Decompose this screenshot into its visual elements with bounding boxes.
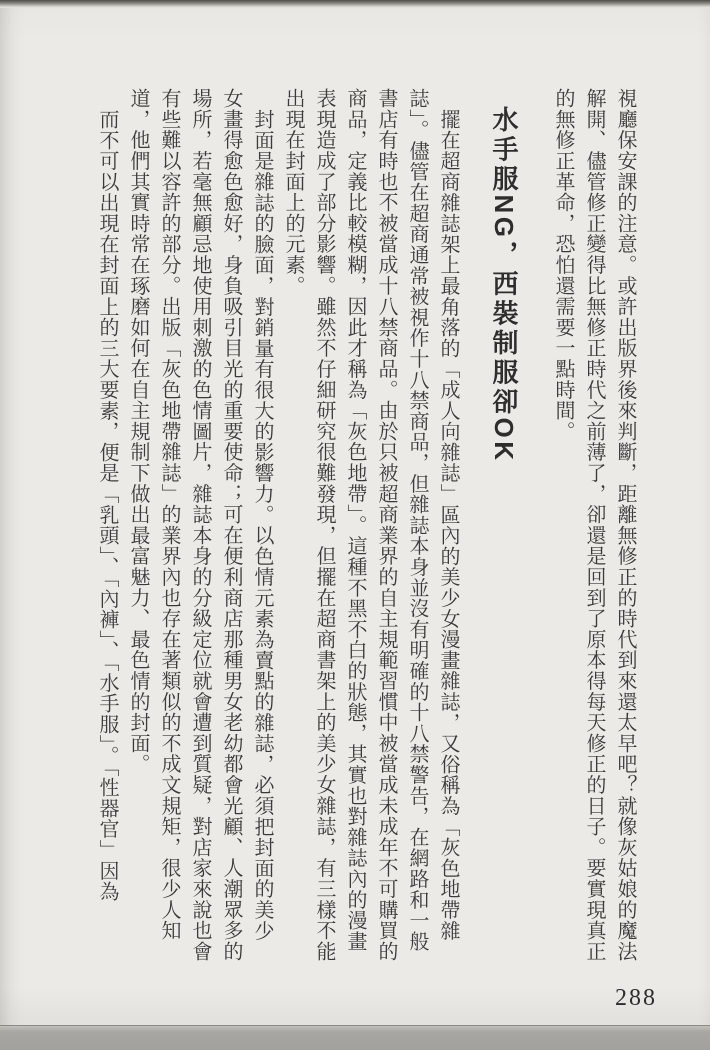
text-column: 解開、儘管修正變得比無修正時代之前薄了，卻還是回到了原本得每天修正的日子。要實現… bbox=[578, 88, 609, 966]
text-column: 商品，定義比較模糊，因此才稱為「灰色地帶」。這種不黑不白的狀態，其實也對雜誌內的… bbox=[339, 88, 370, 966]
section-heading: 水手服NG，西裝制服卻OK bbox=[483, 88, 525, 966]
text-column: 的無修正革命，恐怕還需要一點時間。 bbox=[547, 88, 578, 966]
text-column: 有些難以容許的部分。出版「灰色地帶雜誌」的業界內也存在著類似的不成文規矩，很少人… bbox=[153, 88, 184, 966]
text-column: 擺在超商雜誌架上最角落的「成人向雜誌」區內的美少女漫畫雜誌，又俗稱為「灰色地帶雜 bbox=[432, 88, 463, 966]
text-column: 女畫得愈色愈好，身負吸引目光的重要使命；可在便利商店那種男女老幼都會光顧、人潮眾… bbox=[215, 88, 246, 966]
text-column: 視廳保安課的注意。或許出版界後來判斷，距離無修正的時代到來還太早吧？就像灰姑娘的… bbox=[609, 88, 640, 966]
text-column: 封面是雜誌的臉面，對銷量有很大的影響力。以色情元素為賣點的雜誌，必須把封面的美少 bbox=[246, 88, 277, 966]
page-top-edge bbox=[0, 0, 710, 8]
vertical-text-block: 視廳保安課的注意。或許出版界後來判斷，距離無修正的時代到來還太早吧？就像灰姑娘的… bbox=[91, 88, 640, 966]
text-column: 出現在封面上的元素。 bbox=[277, 88, 308, 966]
text-column: 表現造成了部分影響。雖然不仔細研究很難發現，但擺在超商書架上的美少女雜誌，有三樣… bbox=[308, 88, 339, 966]
text-column: 道，他們其實時常在琢磨如何在自主規制下做出最富魅力、最色情的封面。 bbox=[122, 88, 153, 966]
page-bottom-edge bbox=[0, 1025, 710, 1050]
page-number: 288 bbox=[615, 985, 657, 1012]
text-column: 書店有時也不被當成十八禁商品。由於只被超商業界的自主規範習慣中被當成未成年不可購… bbox=[370, 88, 401, 966]
text-column: 而不可以出現在封面上的三大要素，便是「乳頭」、「內褲」、「水手服」。「性器官」因… bbox=[91, 88, 122, 966]
book-page: 視廳保安課的注意。或許出版界後來判斷，距離無修正的時代到來還太早吧？就像灰姑娘的… bbox=[0, 0, 710, 1050]
text-column: 場所，若毫無顧忌地使用刺激的色情圖片，雜誌本身的分級定位就會遭到質疑，對店家來說… bbox=[184, 88, 215, 966]
text-column: 誌」。儘管在超商通常被視作十八禁商品，但雜誌本身並沒有明確的十八禁警告，在網路和… bbox=[401, 88, 432, 966]
